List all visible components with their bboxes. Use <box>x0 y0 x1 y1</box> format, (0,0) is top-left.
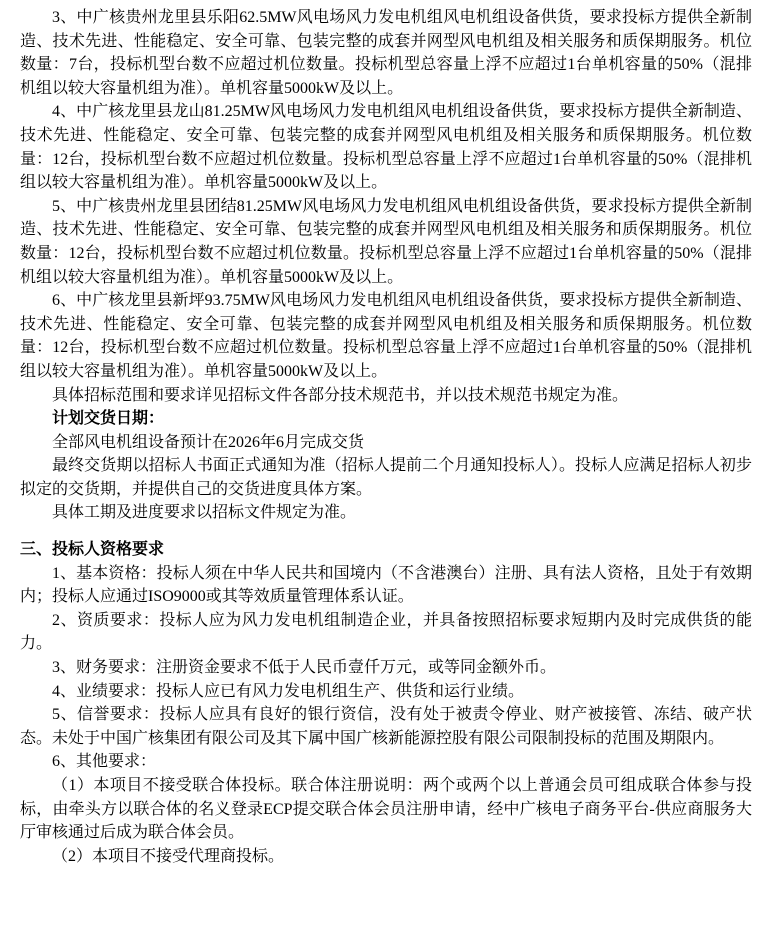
scope-item-6: 6、中广核龙里县新坪93.75MW风电场风力发电机组风电机组设备供货，要求投标方… <box>20 289 752 383</box>
qualification-item-1: 1、基本资格：投标人须在中华人民共和国境内（不含港澳台）注册、具有法人资格，且处… <box>20 562 752 609</box>
scope-item-5: 5、中广核贵州龙里县团结81.25MW风电场风力发电机组风电机组设备供货，要求投… <box>20 195 752 289</box>
document-content: 3、中广核贵州龙里县乐阳62.5MW风电场风力发电机组风电机组设备供货，要求投标… <box>20 6 752 868</box>
scope-note: 具体招标范围和要求详见招标文件各部分技术规范书，并以技术规范书规定为准。 <box>20 384 752 408</box>
other-requirement-1: （1）本项目不接受联合体投标。联合体注册说明：两个或两个以上普通会员可组成联合体… <box>20 774 752 845</box>
qualification-item-2: 2、资质要求：投标人应为风力发电机组制造企业，并具备按照招标要求短期内及时完成供… <box>20 609 752 656</box>
delivery-date-line: 全部风电机组设备预计在2026年6月完成交货 <box>20 431 752 455</box>
qualification-item-3: 3、财务要求：注册资金要求不低于人民币壹仟万元，或等同金额外币。 <box>20 656 752 680</box>
qualification-item-4: 4、业绩要求：投标人应已有风力发电机组生产、供货和运行业绩。 <box>20 680 752 704</box>
delivery-final-note: 最终交货期以招标人书面正式通知为准（招标人提前二个月通知投标人）。投标人应满足招… <box>20 454 752 501</box>
document-page: 3、中广核贵州龙里县乐阳62.5MW风电场风力发电机组风电机组设备供货，要求投标… <box>0 0 764 927</box>
schedule-note: 具体工期及进度要求以招标文件规定为准。 <box>20 501 752 525</box>
section-heading-bidder-qualifications: 三、投标人资格要求 <box>20 538 752 562</box>
delivery-date-heading: 计划交货日期： <box>20 407 752 431</box>
qualification-item-6: 6、其他要求： <box>20 750 752 774</box>
qualification-item-5: 5、信誉要求：投标人应具有良好的银行资信，没有处于被责令停业、财产被接管、冻结、… <box>20 703 752 750</box>
scope-item-4: 4、中广核龙里县龙山81.25MW风电场风力发电机组风电机组设备供货，要求投标方… <box>20 100 752 194</box>
scope-item-3: 3、中广核贵州龙里县乐阳62.5MW风电场风力发电机组风电机组设备供货，要求投标… <box>20 6 752 100</box>
other-requirement-2: （2）本项目不接受代理商投标。 <box>20 845 752 869</box>
